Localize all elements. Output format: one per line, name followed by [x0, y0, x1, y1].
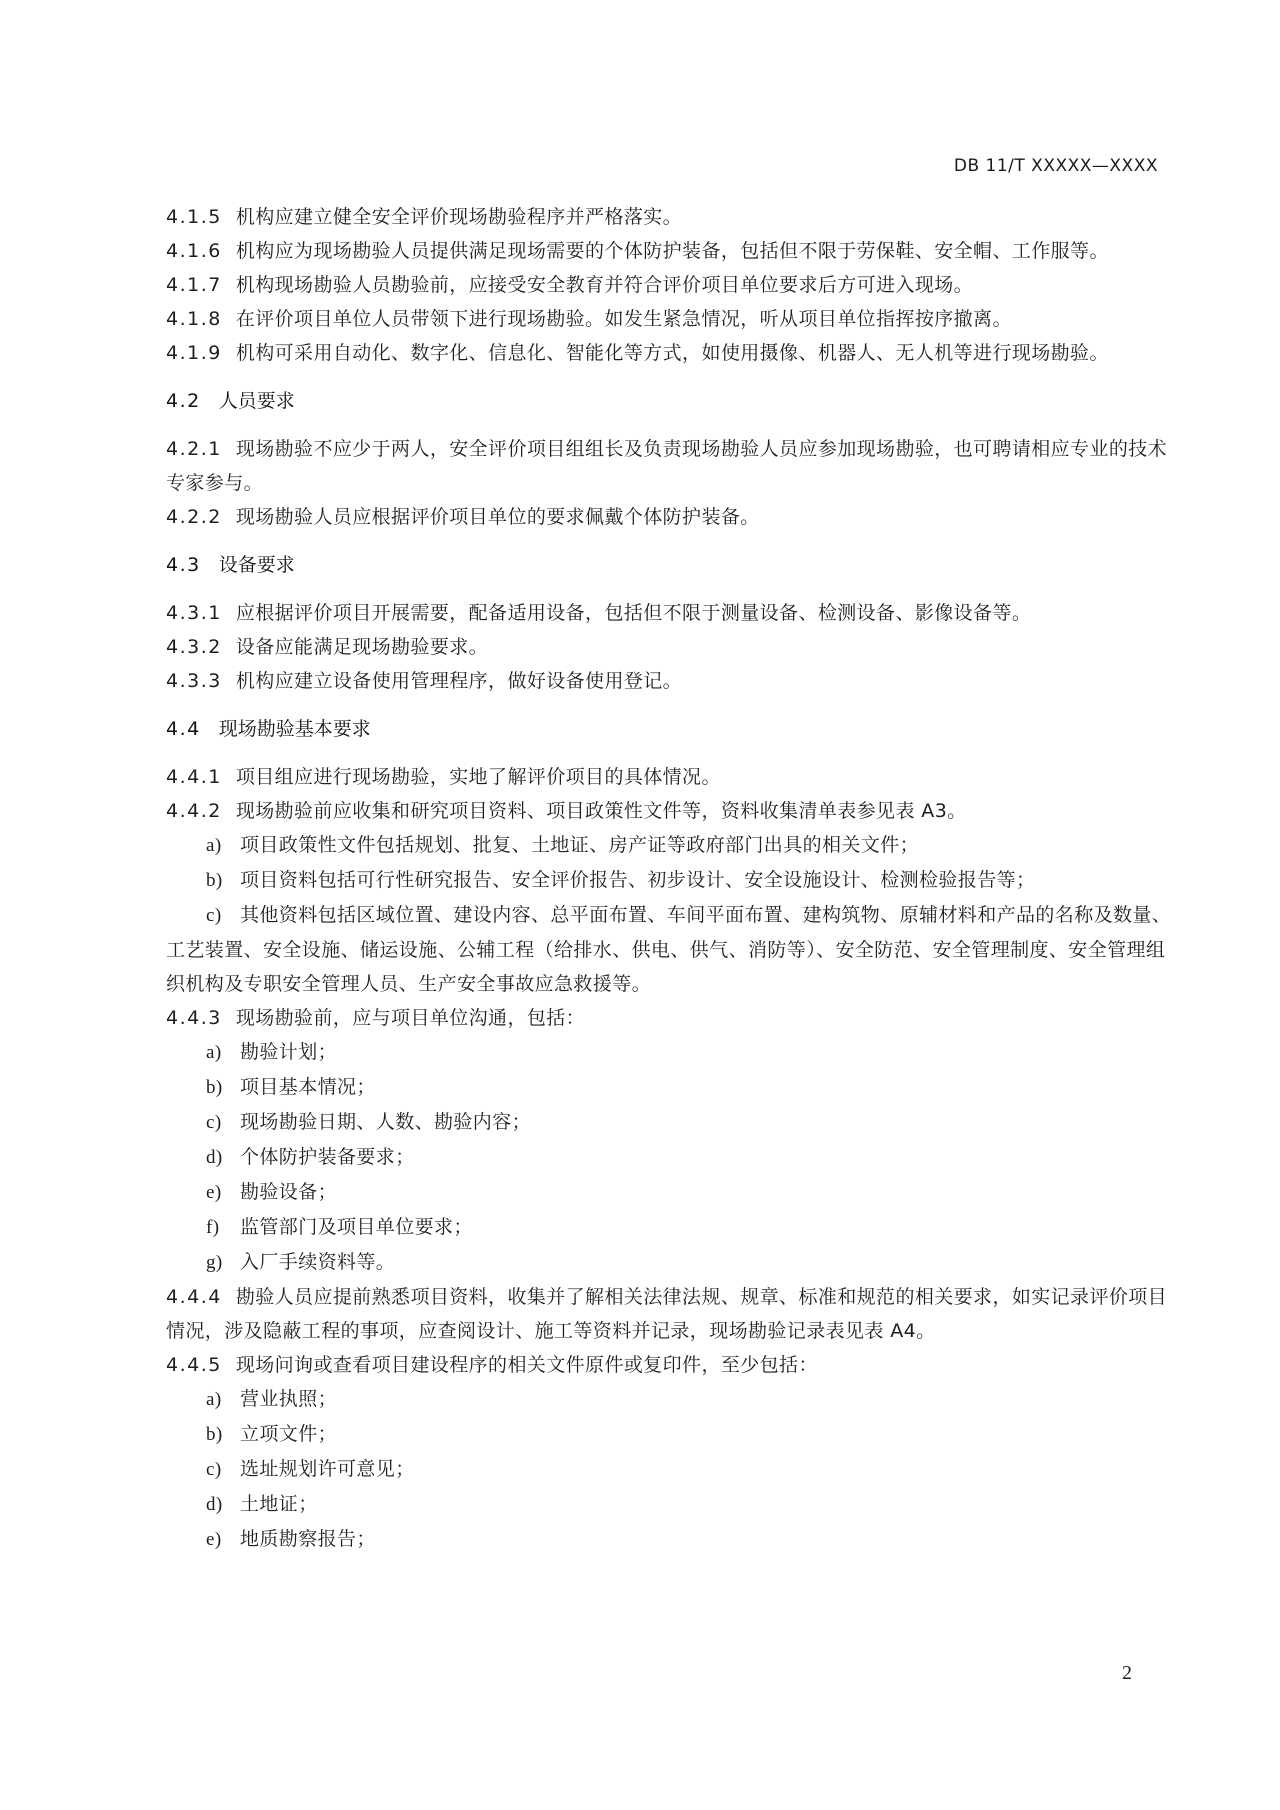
list-item: f)监管部门及项目单位要求；	[166, 1210, 1176, 1245]
clause-4-1-8: 4.1.8在评价项目单位人员带领下进行现场勘验。如发生紧急情况，听从项目单位指挥…	[166, 302, 1176, 336]
list-item: a)项目政策性文件包括规划、批复、土地证、房产证等政府部门出具的相关文件；	[166, 828, 1176, 863]
section-heading-4-3: 4.3设备要求	[166, 548, 1176, 582]
page-number: 2	[1122, 1662, 1132, 1685]
list-item: b)立项文件；	[166, 1417, 1176, 1452]
clause-4-1-9: 4.1.9机构可采用自动化、数字化、信息化、智能化等方式，如使用摄像、机器人、无…	[166, 336, 1176, 370]
list-item: e)勘验设备；	[166, 1175, 1176, 1210]
clause-4-1-6: 4.1.6机构应为现场勘验人员提供满足现场需要的个体防护装备，包括但不限于劳保鞋…	[166, 234, 1176, 268]
clause-4-1-7: 4.1.7机构现场勘验人员勘验前，应接受安全教育并符合评价项目单位要求后方可进入…	[166, 268, 1176, 302]
clause-4-3-2: 4.3.2设备应能满足现场勘验要求。	[166, 630, 1176, 664]
list-item: a)营业执照；	[166, 1382, 1176, 1417]
document-page: DB 11/T XXXXX—XXXX 4.1.5机构应建立健全安全评价现场勘验程…	[0, 0, 1280, 1810]
clause-4-1-5: 4.1.5机构应建立健全安全评价现场勘验程序并严格落实。	[166, 200, 1176, 234]
standard-code: DB 11/T XXXXX—XXXX	[954, 156, 1158, 176]
list-item: e)地质勘察报告；	[166, 1522, 1176, 1557]
list-item: c)现场勘验日期、人数、勘验内容；	[166, 1105, 1176, 1140]
section-heading-4-2: 4.2人员要求	[166, 384, 1176, 418]
clause-4-4-4: 4.4.4勘验人员应提前熟悉项目资料，收集并了解相关法律法规、规章、标准和规范的…	[166, 1280, 1176, 1348]
list-item: a)勘验计划；	[166, 1035, 1176, 1070]
list-item: d)土地证；	[166, 1487, 1176, 1522]
list-item: c)选址规划许可意见；	[166, 1452, 1176, 1487]
clause-4-4-1: 4.4.1项目组应进行现场勘验，实地了解评价项目的具体情况。	[166, 760, 1176, 794]
clause-4-4-5: 4.4.5现场问询或查看项目建设程序的相关文件原件或复印件，至少包括：	[166, 1348, 1176, 1382]
clause-4-2-2: 4.2.2现场勘验人员应根据评价项目单位的要求佩戴个体防护装备。	[166, 500, 1176, 534]
document-body: 4.1.5机构应建立健全安全评价现场勘验程序并严格落实。 4.1.6机构应为现场…	[166, 200, 1176, 1557]
clause-4-4-3: 4.4.3现场勘验前，应与项目单位沟通，包括：	[166, 1001, 1176, 1035]
clause-4-3-1: 4.3.1应根据评价项目开展需要，配备适用设备，包括但不限于测量设备、检测设备、…	[166, 596, 1176, 630]
list-item: b)项目资料包括可行性研究报告、安全评价报告、初步设计、安全设施设计、检测检验报…	[166, 863, 1176, 898]
section-heading-4-4: 4.4现场勘验基本要求	[166, 712, 1176, 746]
list-item: g)入厂手续资料等。	[166, 1245, 1176, 1280]
clause-4-4-2: 4.4.2现场勘验前应收集和研究项目资料、项目政策性文件等，资料收集清单表参见表…	[166, 794, 1176, 828]
list-item: b)项目基本情况；	[166, 1070, 1176, 1105]
list-item: c)其他资料包括区域位置、建设内容、总平面布置、车间平面布置、建构筑物、原辅材料…	[166, 898, 1176, 1001]
clause-4-3-3: 4.3.3机构应建立设备使用管理程序，做好设备使用登记。	[166, 664, 1176, 698]
list-item: d)个体防护装备要求；	[166, 1140, 1176, 1175]
clause-4-2-1: 4.2.1现场勘验不应少于两人，安全评价项目组组长及负责现场勘验人员应参加现场勘…	[166, 432, 1176, 500]
